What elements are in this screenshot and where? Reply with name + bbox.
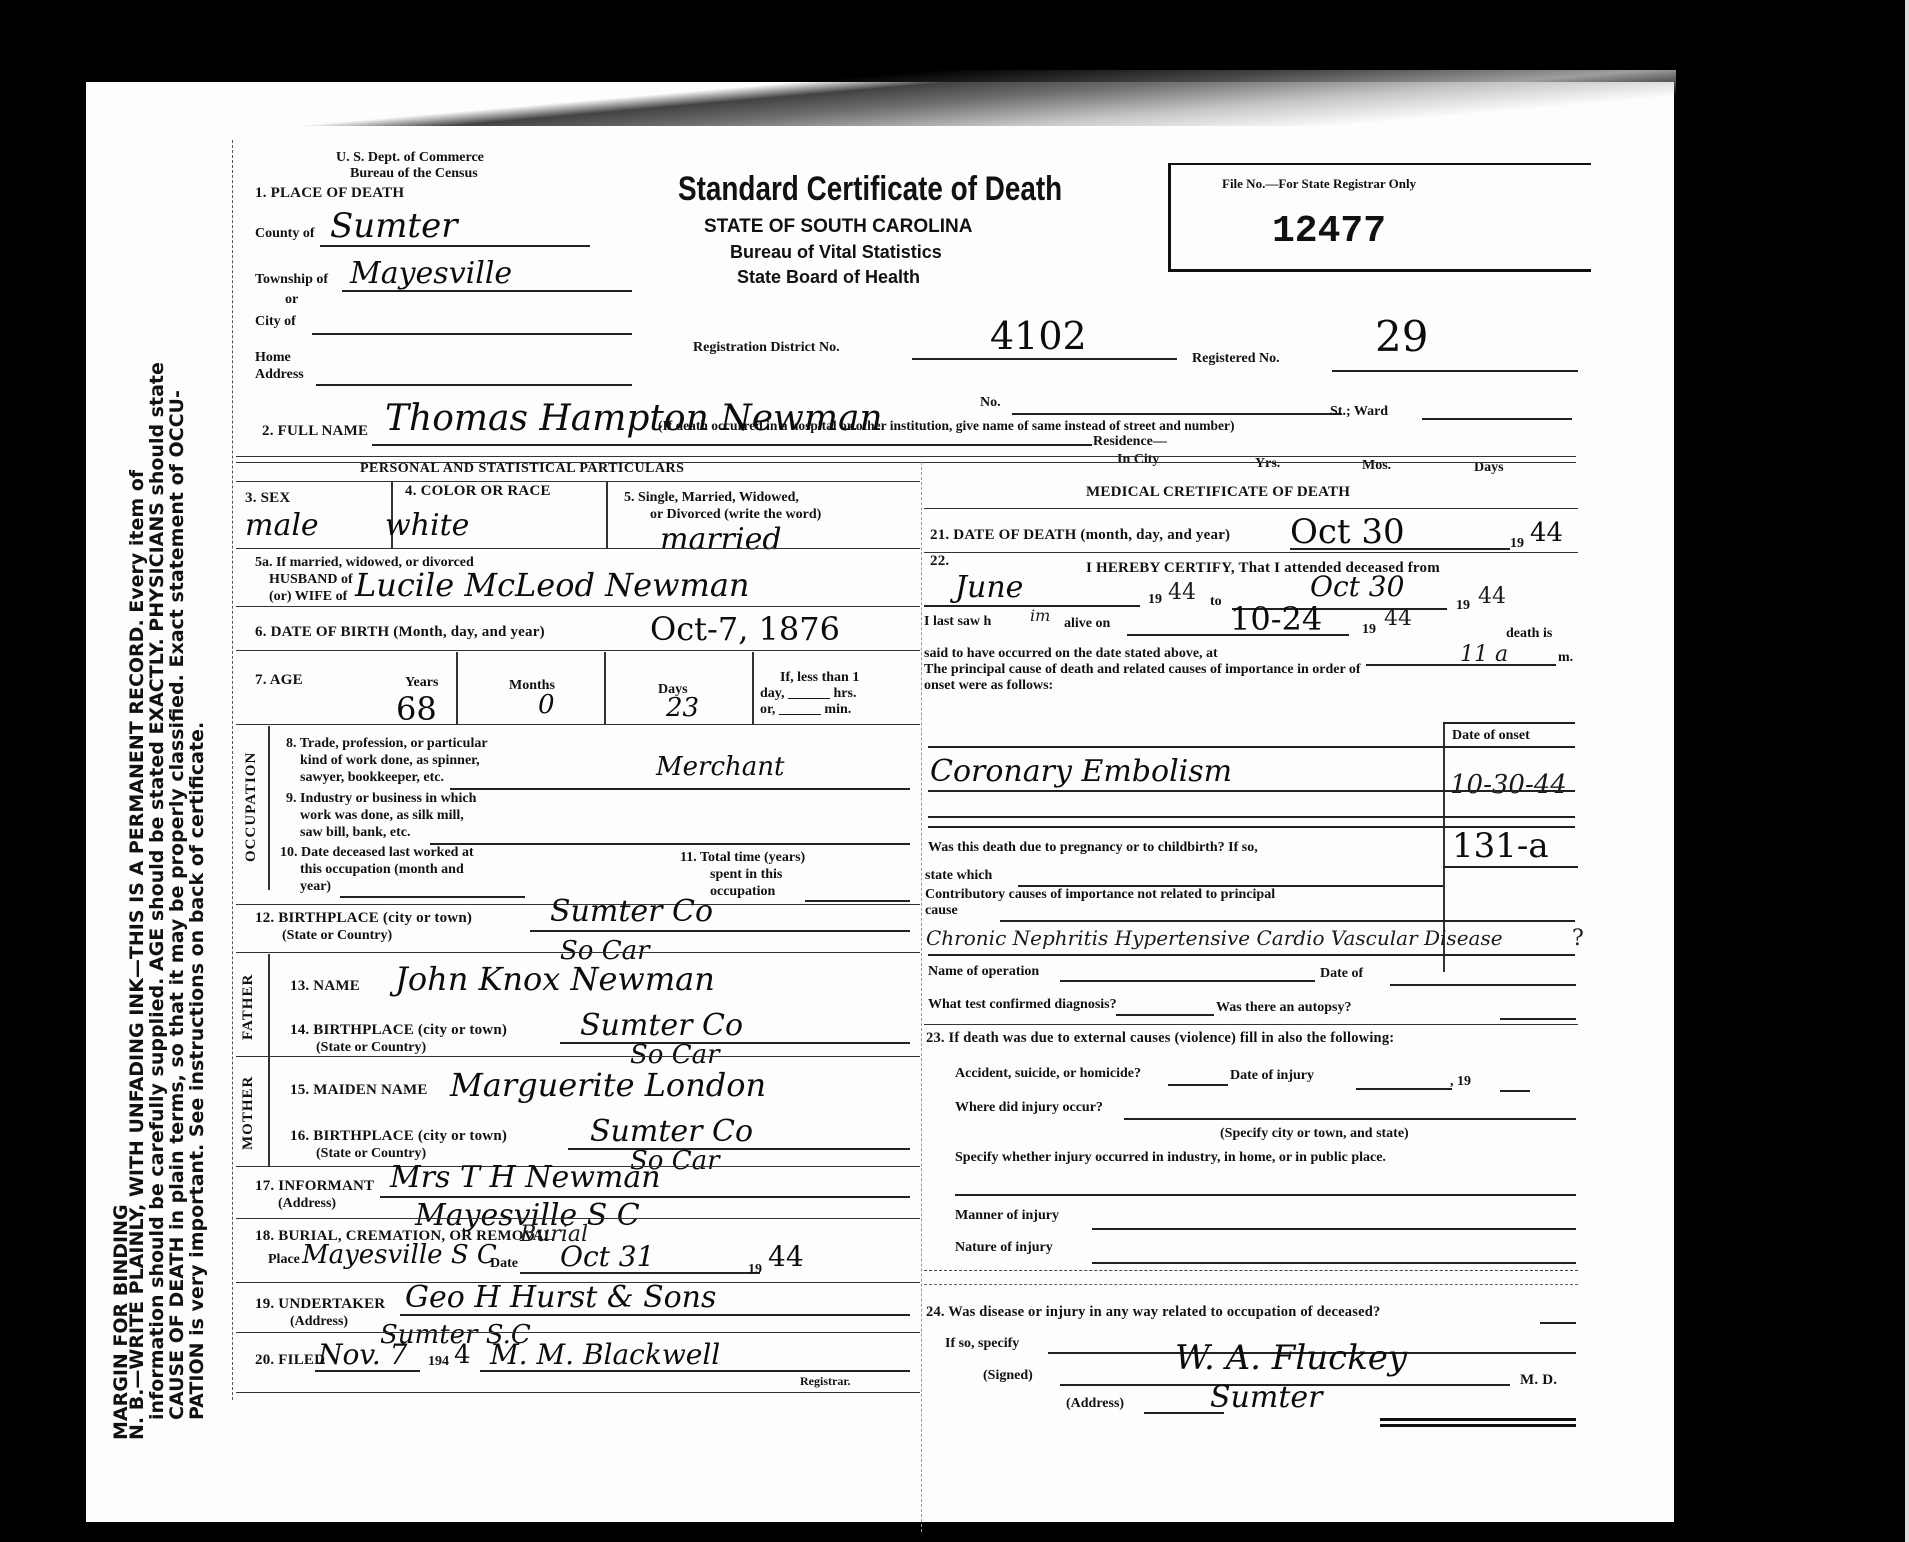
principal-label-1: The principal cause of death and related… [924,662,1361,678]
rule [236,724,920,725]
rule [924,508,1578,509]
street-no-label: No. [980,395,1001,411]
dob-value: Oct-7, 1876 [650,610,840,648]
scan-edge [1905,0,1909,1542]
total-time-line [805,900,910,902]
attended-to: Oct 30 [1310,570,1404,603]
scan-border-right [1674,0,1909,1542]
divider [604,652,606,724]
registrar-label: Registrar. [800,1374,851,1389]
last-saw-year-prefix: 19 [1362,622,1376,638]
accident-label: Accident, suicide, or homicide? [955,1066,1141,1082]
filed-year-prefix: 194 [428,1354,449,1370]
last-worked-label-2: this occupation (month and [300,862,464,878]
district-number: 4102 [990,314,1087,358]
rule [924,1284,1578,1285]
age-days-value: 23 [666,693,699,723]
birthplace-city: Sumter Co [550,894,713,929]
total-time-label-1: 11. Total time (years) [680,850,805,866]
principal-cause: Coronary Embolism [930,754,1232,789]
last-saw-year: 44 [1384,606,1412,631]
nature-line [1092,1262,1576,1264]
rule [928,954,1575,956]
registrar-line [480,1370,910,1372]
rule [928,790,1575,792]
undertaker-label: 19. UNDERTAKER [255,1296,385,1313]
attended-from-year-prefix: 19 [1148,592,1162,608]
rule [236,1218,920,1219]
rule [924,552,1578,553]
rule [924,1024,1578,1025]
operation-date-line [1390,984,1576,986]
attended-from: June [955,570,1023,605]
divider [268,954,270,1058]
principal-onset: 10-30-44 [1450,770,1567,800]
sex-value: male [245,508,319,543]
registered-line [1332,370,1578,372]
occupation-related-line [1540,1322,1576,1324]
rule [924,1270,1578,1271]
manner-line [1092,1228,1576,1230]
district-line [912,358,1177,360]
physician-signature: W. A. Fluckey [1175,1338,1407,1378]
accident-line [1168,1084,1228,1086]
city-label: City of [255,314,296,330]
burial-date: Oct 31 [560,1240,654,1273]
township-label: Township of [255,272,328,288]
rule [236,1392,920,1393]
state-name: STATE OF SOUTH CAROLINA [704,216,972,238]
margin-note-2: information should be carefully supplied… [146,362,168,1420]
father-side-label: FATHER [240,974,257,1040]
rule [236,456,1576,457]
trade-label-2: kind of work done, as spinner, [300,753,480,769]
total-time-label-2: spent in this [710,867,782,883]
time-value: 11 a [1460,642,1508,667]
operation-label: Name of operation [928,964,1039,980]
township-value: Mayesville [350,256,512,291]
dod-year-prefix: 19 [1510,536,1524,552]
race-value: white [385,508,469,543]
margin-note-4: PATION is very important. See instructio… [186,722,208,1420]
margin-note-1: N. B.—WRITE PLAINLY, WITH UNFADING INK—T… [126,470,148,1440]
dob-label: 6. DATE OF BIRTH (Month, day, and year) [255,624,545,641]
mother-birthplace-label-1: 16. BIRTHPLACE (city or town) [290,1128,507,1145]
burial-year: 44 [768,1240,804,1273]
place-of-death-label: 1. PLACE OF DEATH [255,185,404,202]
industry-label-3: saw bill, bank, etc. [300,825,410,841]
injury-year-line [1500,1090,1530,1092]
rule [1380,1418,1576,1421]
undertaker-name: Geo H Hurst & Sons [405,1280,716,1315]
signed-label: (Signed) [983,1368,1033,1384]
board-name: State Board of Health [737,267,920,288]
father-name: John Knox Newman [395,960,715,998]
certify-number: 22. [930,553,949,570]
informant-address-label: (Address) [278,1196,336,1212]
principal-label-2: onset were as follows: [924,678,1053,694]
less-day-1: If, less than 1 [780,670,859,686]
last-saw-pronoun: im [1030,606,1050,625]
dept-line-1: U. S. Dept. of Commerce [336,150,484,166]
attended-to-year: 44 [1478,584,1506,609]
occupation-side-label: OCCUPATION [243,752,260,862]
contributory-line [1000,920,1575,922]
divider [268,1058,270,1166]
filed-label: 20. FILED [255,1352,325,1369]
file-no-label: File No.—For State Registrar Only [1222,176,1416,192]
ward-line [1422,418,1572,420]
industry-label-2: work was done, as silk mill, [300,808,464,824]
manner-label: Manner of injury [955,1208,1059,1224]
burial-date-line [520,1272,760,1274]
alive-on-label: alive on [1064,616,1110,632]
injury-date-line [1356,1088,1452,1090]
birthplace-label-1: 12. BIRTHPLACE (city or town) [255,910,472,927]
filed-date: Nov. 7 [318,1338,407,1371]
less-day-2: day, ______ hrs. [760,686,856,702]
rule [928,746,1575,748]
burial-date-label: Date [490,1256,518,1272]
dept-line-2: Bureau of the Census [350,166,478,182]
dod-value: Oct 30 [1290,512,1405,552]
last-worked-line [340,896,525,898]
specify-where-label: Specify whether injury occurred in indus… [955,1150,1386,1166]
filed-year: 4 [454,1340,471,1370]
industry-line [430,843,910,845]
last-saw-label: I last saw h [924,614,991,630]
rule [236,650,920,651]
registered-number: 29 [1375,312,1428,361]
burial-place: Mayesville S C [302,1240,497,1270]
father-name-label: 13. NAME [290,978,360,995]
column-divider [921,462,922,1532]
age-months-value: 0 [538,690,555,720]
registered-label: Registered No. [1192,351,1280,367]
specify-where-line [955,1194,1576,1196]
spouse-label-3: (or) WIFE of [269,589,347,605]
race-label: 4. COLOR OR RACE [405,483,551,500]
dod-year: 44 [1530,518,1563,548]
rule [236,481,920,482]
rule [236,952,920,953]
home-address-line [316,384,632,386]
less-day-3: or, ______ min. [760,702,851,718]
age-years-value: 68 [396,690,437,728]
external-causes-label: 23. If death was due to external causes … [926,1030,1394,1047]
father-birthplace-city: Sumter Co [580,1008,743,1043]
classification-code: 131-a [1452,826,1549,866]
spouse-value: Lucile McLeod Newman [355,566,750,604]
divider [268,726,270,890]
injury-year-prefix: , 19 [1450,1074,1471,1090]
street-line [1012,413,1342,415]
burial-year-prefix: 19 [748,1262,762,1278]
rule [1443,722,1575,724]
industry-label-1: 9. Industry or business in which [286,791,476,807]
or-label: or [285,292,298,308]
father-birthplace-label-2: (State or Country) [316,1040,426,1056]
pregnancy-label: Was this death due to pregnancy or to ch… [928,840,1258,856]
injury-date-label: Date of injury [1230,1068,1314,1084]
in-city-label: In City [1117,452,1159,468]
full-name-label: 2. FULL NAME [262,423,368,440]
attended-to-year-prefix: 19 [1456,598,1470,614]
city-line [312,333,632,335]
if-so-label: If so, specify [945,1336,1019,1352]
rule [236,606,920,607]
divider [752,652,754,724]
marital-label-1: 5. Single, Married, Widowed, [624,490,799,506]
said-label: said to have occurred on the date stated… [924,646,1218,662]
certificate-title: Standard Certificate of Death [678,170,1062,209]
burial-place-label: Place [268,1252,300,1268]
district-label: Registration District No. [693,340,840,356]
st-ward-label: St.; Ward [1330,404,1388,420]
trade-value: Merchant [656,752,784,782]
nature-label: Nature of injury [955,1240,1053,1256]
to-label: to [1210,594,1222,610]
informant-label: 17. INFORMANT [255,1178,374,1195]
rule [1380,1424,1576,1427]
yrs-label: Yrs. [1255,456,1280,472]
autopsy-line [1500,1018,1576,1020]
last-worked-label-3: year) [300,879,331,895]
last-saw-date: 10-24 [1230,600,1322,638]
death-is-label: death is [1506,626,1552,642]
rule [236,548,920,549]
dod-label: 21. DATE OF DEATH (month, day, and year) [930,527,1230,544]
age-label: 7. AGE [255,672,303,689]
margin-note-3: CAUSE OF DEATH in plain terms, so that i… [166,390,188,1420]
physician-address-label: (Address) [1066,1396,1124,1412]
home-label: Home [255,350,291,366]
rule [236,1332,920,1333]
residence-label: Residence— [1093,434,1167,450]
test-line [1116,1014,1214,1016]
specify-city-label: (Specify city or town, and state) [1220,1126,1409,1142]
father-birthplace-label-1: 14. BIRTHPLACE (city or town) [290,1022,507,1039]
code-line [1443,866,1578,868]
medical-section-title: MEDICAL CRETIFICATE OF DEATH [1086,484,1350,501]
full-name-line [372,444,1092,446]
full-name-value: Thomas Hampton Newman [385,398,883,439]
birthplace-label-2: (State or Country) [282,928,392,944]
filed-date-line [315,1370,420,1372]
occupation-related-label: 24. Was disease or injury in any way rel… [926,1304,1380,1321]
time-suffix: m. [1558,650,1573,666]
onset-header: Date of onset [1452,728,1530,744]
bureau-name: Bureau of Vital Statistics [730,242,942,263]
test-label: What test confirmed diagnosis? [928,997,1117,1013]
contributory-label-1: Contributory causes of importance not re… [925,887,1275,903]
last-worked-label-1: 10. Date deceased last worked at [280,845,474,861]
mos-label: Mos. [1362,458,1391,474]
mother-side-label: MOTHER [240,1076,257,1150]
mother-birthplace-city: Sumter Co [590,1114,753,1149]
divider [606,482,608,548]
rule [928,816,1575,818]
trade-line [450,788,910,790]
physician-address: Sumter [1210,1380,1322,1415]
form-left-border [232,140,233,1400]
file-number: 12477 [1272,210,1386,253]
operation-line [1060,980,1315,982]
contributory-causes: Chronic Nephritis Hypertensive Cardio Va… [926,926,1503,950]
trade-label-3: sawyer, bookkeeper, etc. [300,770,444,786]
autopsy-label: Was there an autopsy? [1216,1000,1351,1016]
maiden-name: Marguerite London [450,1066,766,1104]
md-label: M. D. [1520,1372,1557,1389]
contributory-label-2: cause [925,903,958,919]
marital-label-2: or Divorced (write the word) [650,507,821,523]
address-label: Address [255,367,304,383]
where-label: Where did injury occur? [955,1100,1103,1116]
registrar-signature: M. M. Blackwell [490,1338,720,1371]
informant-name: Mrs T H Newman [390,1160,661,1195]
spouse-label-2: HUSBAND of [269,572,353,588]
state-which-label: state which [925,868,992,884]
county-value: Sumter [330,206,457,246]
undertaker-address-label: (Address) [290,1314,348,1330]
trade-label-1: 8. Trade, profession, or particular [286,736,488,752]
marital-value: married [660,522,782,557]
scan-smear [86,70,1676,126]
birthplace-line [530,930,910,932]
years-label: Years [405,675,438,691]
where-line [1124,1118,1576,1120]
total-time-label-3: occupation [710,884,775,900]
attended-from-year: 44 [1168,580,1196,605]
divider [456,652,458,724]
operation-date-label: Date of [1320,966,1363,982]
sex-label: 3. SEX [245,490,290,507]
contributory-onset: ? [1572,926,1584,951]
maiden-name-label: 15. MAIDEN NAME [290,1082,428,1099]
personal-section-title: PERSONAL AND STATISTICAL PARTICULARS [360,461,684,477]
county-label: County of [255,226,315,242]
rule [236,1056,920,1057]
